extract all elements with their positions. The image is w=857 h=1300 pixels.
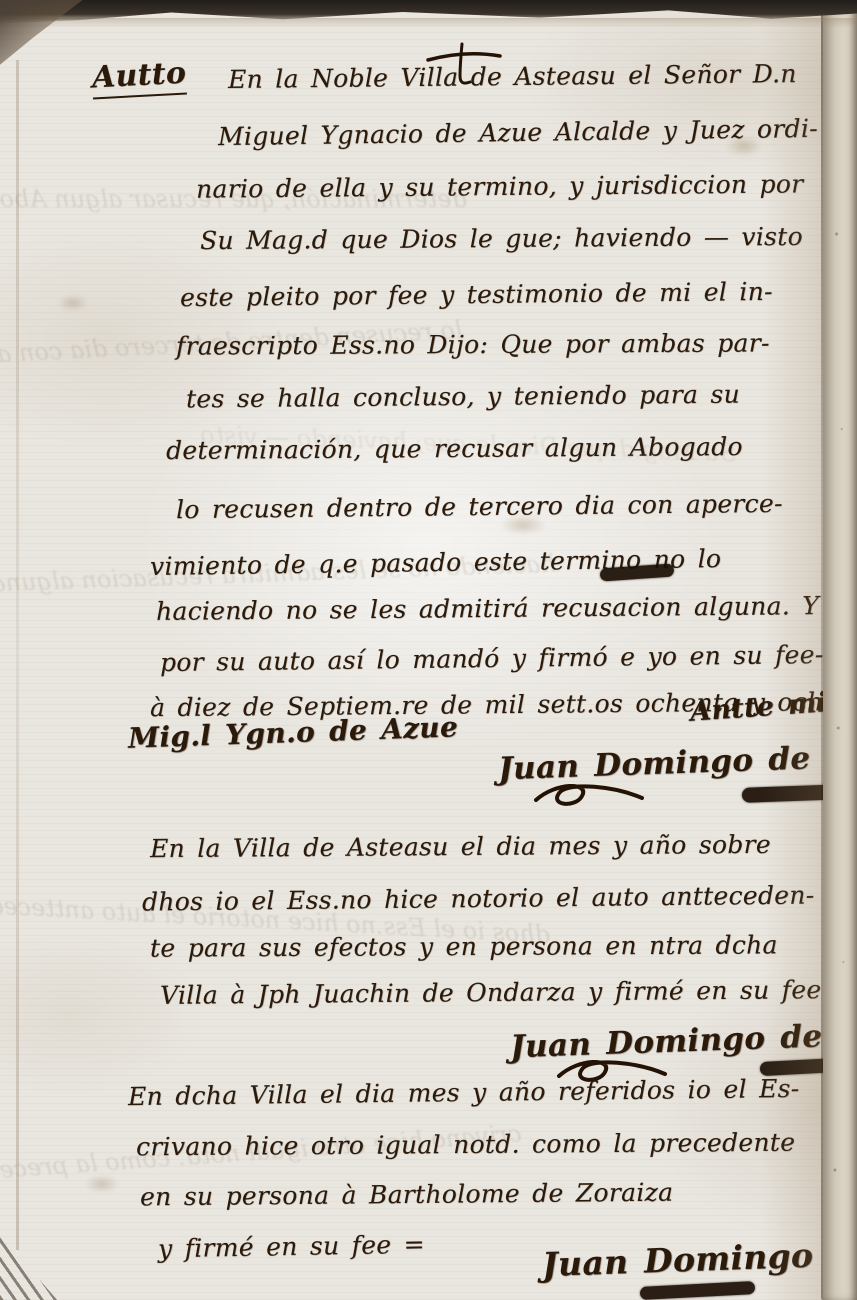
body-line: determinación, que recusar algun Abogado bbox=[166, 432, 743, 465]
body-line: En la Noble Villa de Asteasu el Señor D.… bbox=[228, 59, 797, 94]
stain-spot bbox=[58, 295, 88, 311]
body-line: tes se halla concluso, y teniendo para s… bbox=[186, 380, 740, 414]
body-line: Su Mag.d que Dios le gue; haviendo — vis… bbox=[200, 222, 803, 255]
body-line: y firmé en su fee = bbox=[158, 1230, 425, 1264]
body-line: te para sus efectos y en persona en ntra… bbox=[150, 930, 778, 962]
signature-flourish bbox=[530, 780, 650, 810]
top-fold-shadow bbox=[0, 18, 857, 28]
body-line: en su persona à Bartholome de Zoraiza bbox=[140, 1178, 674, 1212]
body-line: Villa à Jph Juachin de Ondarza y firmé e… bbox=[160, 975, 822, 1010]
page-edge-shading bbox=[761, 0, 821, 1300]
body-line: crivano hice otro igual notd. como la pr… bbox=[136, 1128, 795, 1162]
margin-note-autto: Autto bbox=[91, 56, 187, 100]
body-line: este pleito por fee y testimonio de mi e… bbox=[180, 277, 773, 312]
manuscript-scan: determinación, que recusar algun Abogado… bbox=[0, 0, 857, 1300]
next-page-edge bbox=[823, 0, 857, 1300]
body-line: En la Villa de Asteasu el dia mes y año … bbox=[150, 830, 771, 863]
stain-spot bbox=[85, 1175, 119, 1193]
left-fold-crease bbox=[16, 60, 19, 1250]
body-line: haciendo no se les admitirá recusacion a… bbox=[156, 591, 819, 626]
body-line: fraescripto Ess.no Dijo: Que por ambas p… bbox=[176, 328, 770, 360]
body-line: nario de ella y su termino, y jurisdicci… bbox=[196, 169, 804, 203]
